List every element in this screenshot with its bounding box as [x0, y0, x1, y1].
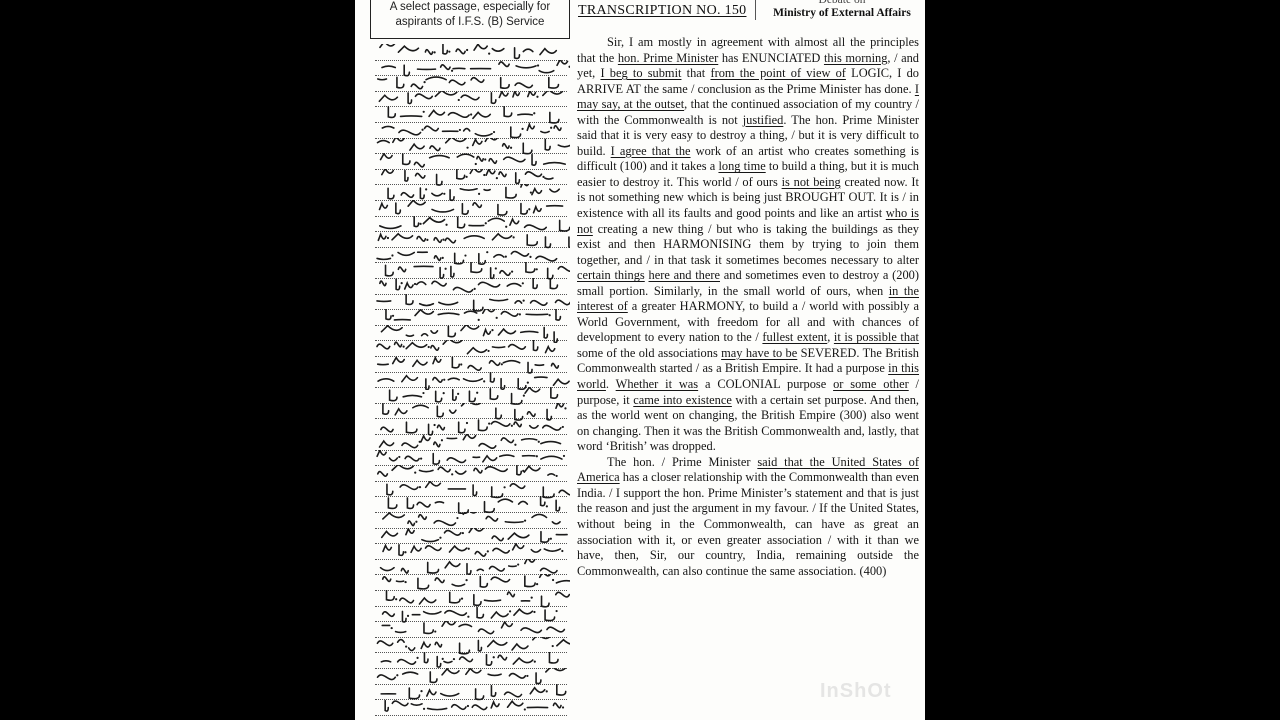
shorthand-strokes: [375, 699, 570, 717]
shorthand-line: [375, 574, 567, 591]
shorthand-line: [375, 372, 567, 389]
shorthand-line: [375, 153, 567, 170]
underlined-phrase: hon. Prime Minister: [618, 51, 718, 65]
note-box-line2: aspirants of I.F.S. (B) Service: [371, 15, 569, 30]
shorthand-column: [375, 44, 570, 720]
shorthand-line: [375, 262, 567, 279]
underlined-phrase: is not being: [782, 175, 841, 189]
underlined-phrase: long time: [718, 159, 765, 173]
underlined-phrase: here and there: [649, 268, 720, 282]
shorthand-line: [375, 184, 567, 201]
shorthand-line: [375, 699, 567, 716]
shorthand-line: [375, 481, 567, 498]
shorthand-line: [375, 91, 567, 108]
shorthand-line: [375, 309, 567, 326]
shorthand-line: [375, 528, 567, 545]
underlined-phrase: or some other: [833, 377, 909, 391]
shorthand-line: [375, 418, 567, 435]
shorthand-line: [375, 387, 567, 404]
shorthand-line: [375, 169, 567, 186]
shorthand-line: [375, 216, 567, 233]
underlined-phrase: certain things: [577, 268, 645, 282]
shorthand-line: [375, 75, 567, 92]
shorthand-line: [375, 138, 567, 155]
shorthand-line: [375, 294, 567, 311]
paragraph: Sir, I am mostly in agreement with almos…: [577, 35, 919, 455]
underlined-phrase: it is possible that: [834, 330, 919, 344]
shorthand-line: [375, 340, 567, 357]
shorthand-line: [375, 606, 567, 623]
watermark: InShOt: [820, 680, 892, 703]
document-page: A select passage, especially for aspiran…: [355, 0, 925, 720]
shorthand-line: [375, 247, 567, 264]
shorthand-line: [375, 621, 567, 638]
shorthand-line: [375, 434, 567, 451]
shorthand-line: [375, 684, 567, 701]
shorthand-line: [375, 668, 567, 685]
underlined-phrase: may have to be: [721, 346, 797, 360]
shorthand-line: [375, 590, 567, 607]
shorthand-line: [375, 543, 567, 560]
transcription-title: TRANSCRIPTION NO. 150: [578, 3, 746, 19]
underlined-phrase: this morning: [824, 51, 887, 65]
shorthand-line: [375, 512, 567, 529]
shorthand-line: [375, 559, 567, 576]
shorthand-line: [375, 122, 567, 139]
shorthand-line: [375, 496, 567, 513]
debate-header: Debate on Ministry of External Affairs: [755, 0, 925, 20]
shorthand-line: [375, 278, 567, 295]
note-box-line1: A select passage, especially for: [371, 0, 569, 15]
shorthand-line: [375, 200, 567, 217]
shorthand-line: [375, 106, 567, 123]
shorthand-line: [375, 465, 567, 482]
debate-label: Debate on: [758, 0, 925, 7]
underlined-phrase: from the point of view of: [710, 66, 845, 80]
paragraph: The hon. / Prime Minister said that the …: [577, 455, 919, 579]
underlined-phrase: came into existence: [633, 393, 732, 407]
shorthand-line: [375, 231, 567, 248]
shorthand-line: [375, 325, 567, 342]
debate-subject: Ministry of External Affairs: [773, 7, 911, 19]
shorthand-line: [375, 450, 567, 467]
underlined-phrase: I beg to submit: [600, 66, 681, 80]
shorthand-line: [375, 637, 567, 654]
shorthand-line: [375, 356, 567, 373]
shorthand-line: [375, 60, 567, 77]
shorthand-line: [375, 44, 567, 61]
underlined-phrase: fullest extent: [762, 330, 827, 344]
underlined-phrase: justified: [743, 113, 784, 127]
shorthand-line: [375, 652, 567, 669]
note-box: A select passage, especially for aspiran…: [370, 0, 570, 39]
transcription-text: Sir, I am mostly in agreement with almos…: [577, 35, 919, 579]
underlined-phrase: I agree that the: [611, 144, 691, 158]
underlined-phrase: Whether it was: [616, 377, 699, 391]
shorthand-line: [375, 403, 567, 420]
